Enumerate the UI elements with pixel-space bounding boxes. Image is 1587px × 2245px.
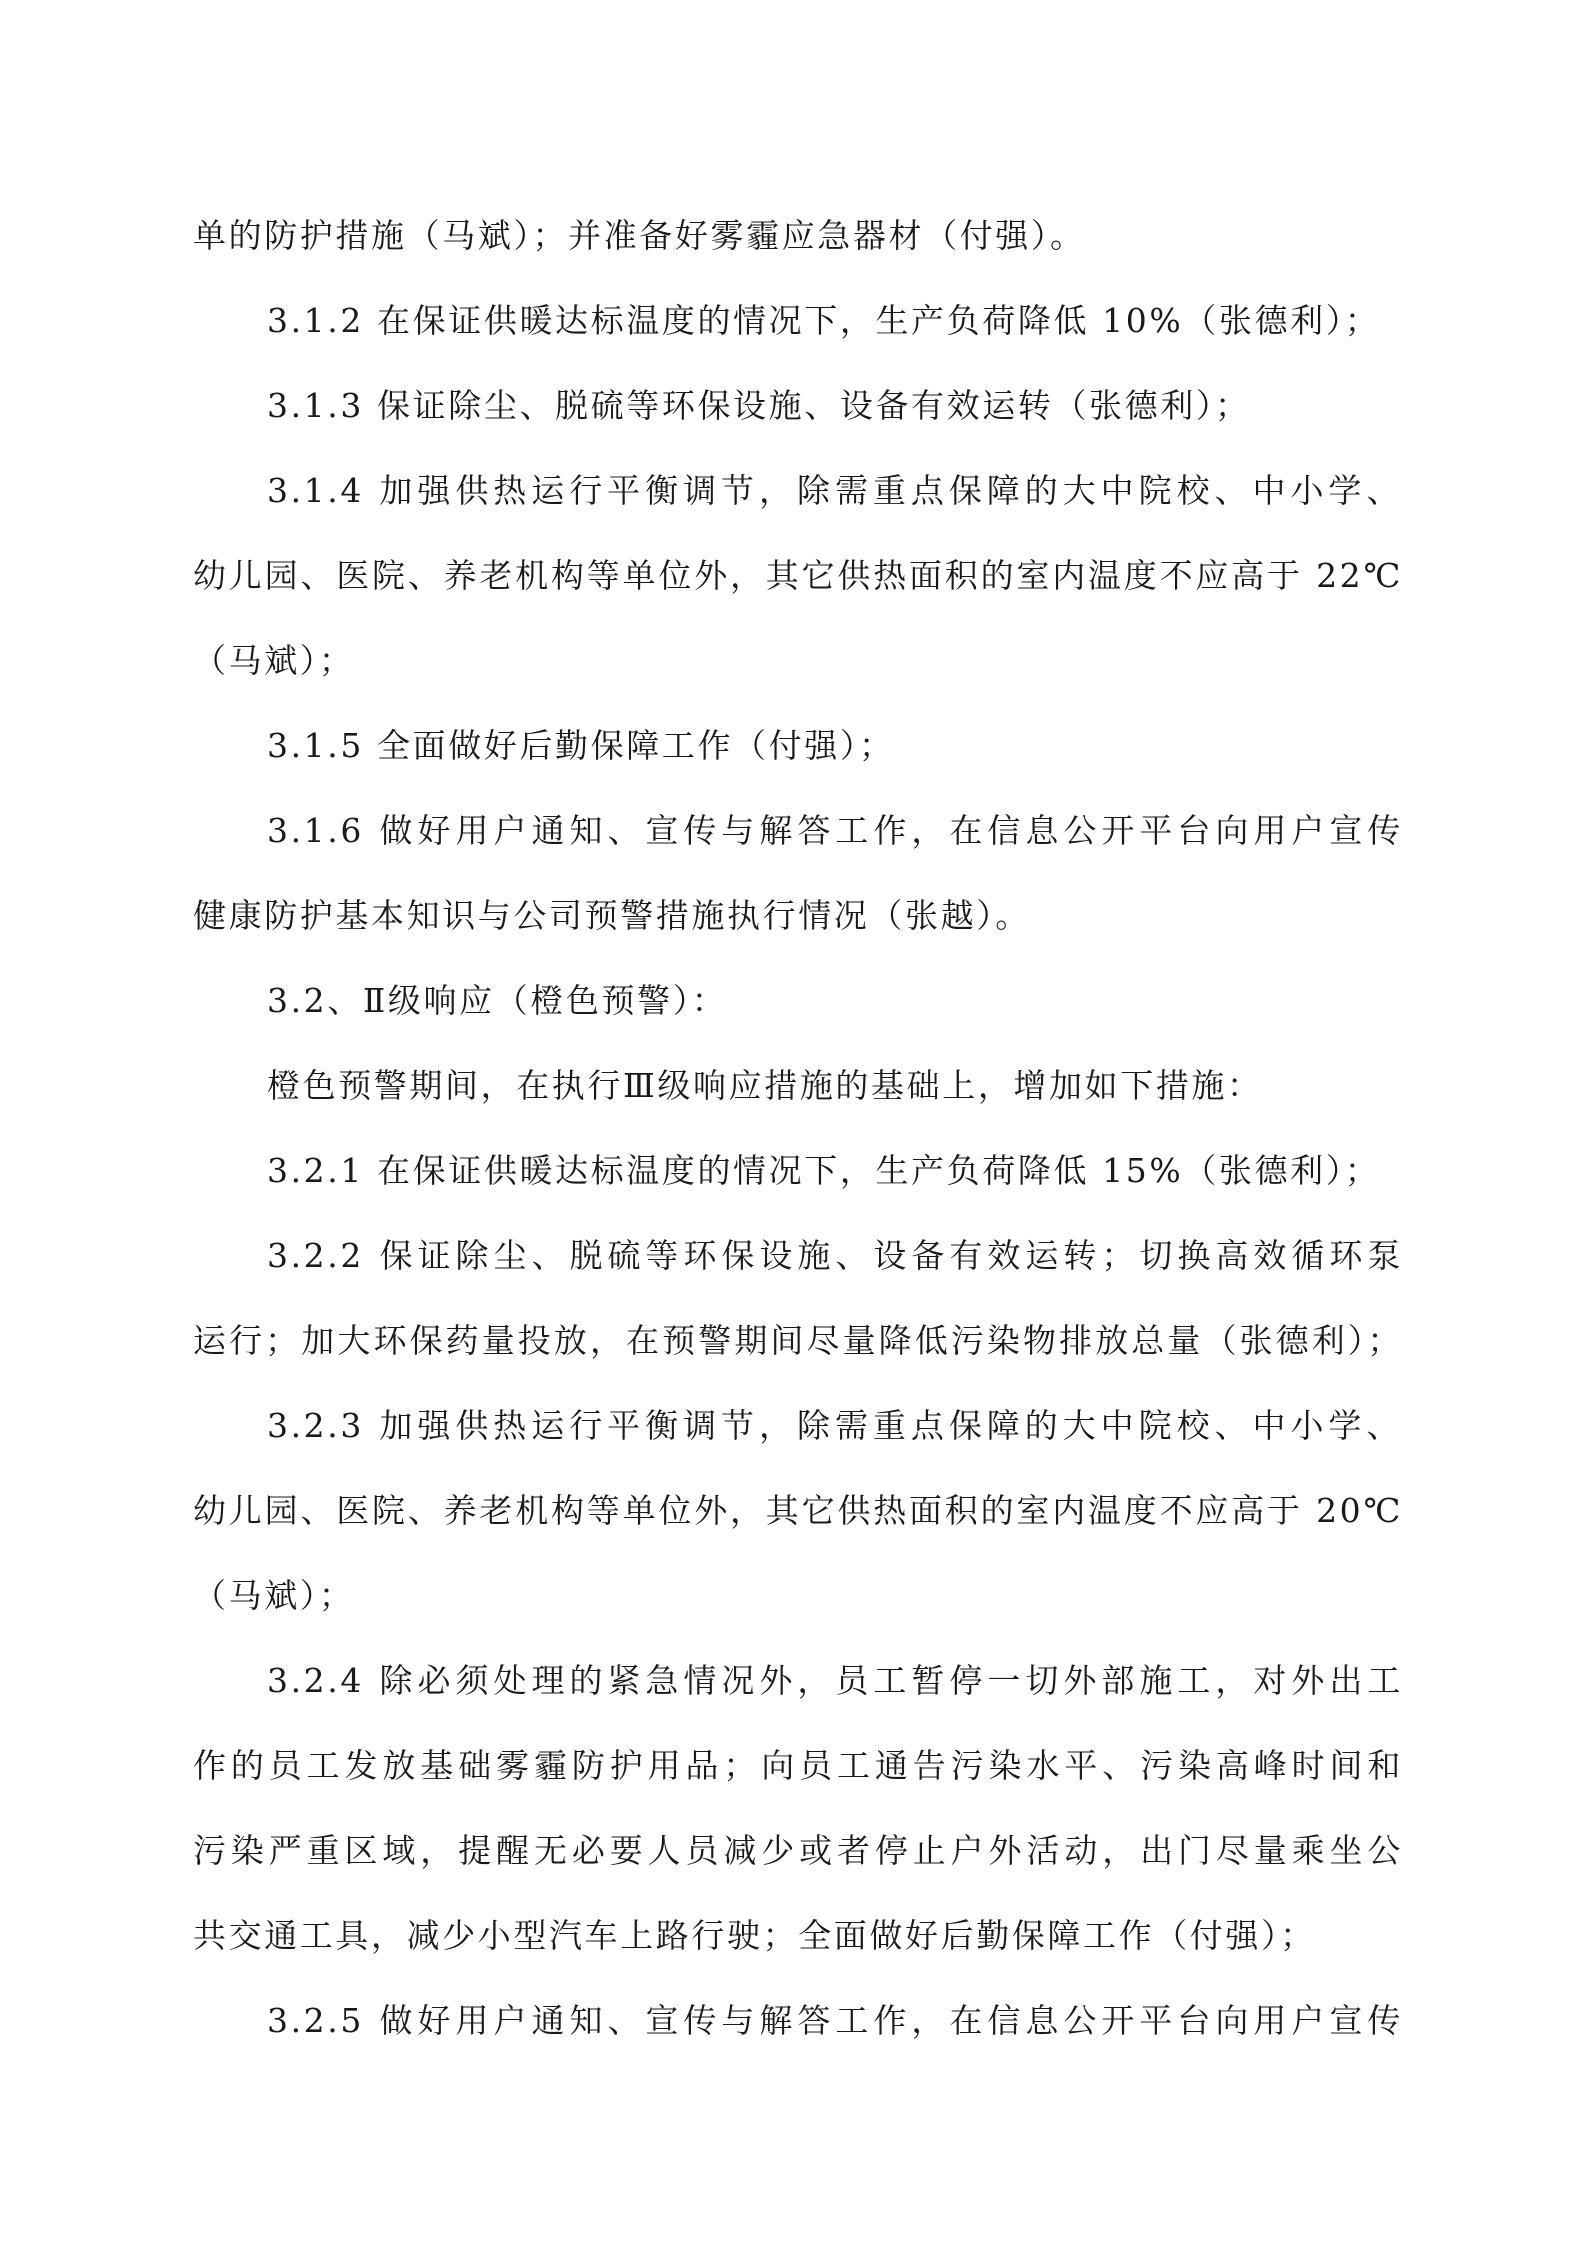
text-line: 3.1.3 保证除尘、脱硫等环保设施、设备有效运转（张德利）； bbox=[267, 376, 1477, 436]
text-line: 共交通工具，减少小型汽车上路行驶；全面做好后勤保障工作（付强）； bbox=[193, 1906, 1403, 1966]
text-line: 3.2.5 做好用户通知、宣传与解答工作，在信息公开平台向用户宣传 bbox=[267, 1991, 1403, 2051]
text-line: 污染严重区域，提醒无必要人员减少或者停止户外活动，出门尽量乘坐公 bbox=[193, 1821, 1403, 1881]
text-line: 3.1.4 加强供热运行平衡调节，除需重点保障的大中院校、中小学、 bbox=[267, 461, 1402, 521]
text-line: （马斌）； bbox=[193, 1566, 1403, 1626]
text-line: （马斌）； bbox=[193, 631, 1403, 691]
document-page: 单的防护措施（马斌）；并准备好雾霾应急器材（付强）。 3.1.2 在保证供暖达标… bbox=[0, 0, 1587, 2245]
text-line: 运行；加大环保药量投放，在预警期间尽量降低污染物排放总量（张德利）； bbox=[193, 1311, 1403, 1371]
text-line: 健康防护基本知识与公司预警措施执行情况（张越）。 bbox=[193, 886, 1403, 946]
text-line: 3.2.1 在保证供暖达标温度的情况下，生产负荷降低 15%（张德利）； bbox=[267, 1141, 1477, 1201]
text-line: 幼儿园、医院、养老机构等单位外，其它供热面积的室内温度不应高于 20℃ bbox=[193, 1481, 1403, 1541]
text-line: 3.2.4 除必须处理的紧急情况外，员工暂停一切外部施工，对外出工 bbox=[267, 1651, 1403, 1711]
text-line: 3.2.2 保证除尘、脱硫等环保设施、设备有效运转；切换高效循环泵 bbox=[267, 1226, 1403, 1286]
text-line: 3.1.5 全面做好后勤保障工作（付强）； bbox=[267, 716, 1477, 776]
text-line: 单的防护措施（马斌）；并准备好雾霾应急器材（付强）。 bbox=[193, 206, 1403, 266]
text-line: 3.1.6 做好用户通知、宣传与解答工作，在信息公开平台向用户宣传 bbox=[267, 801, 1403, 861]
text-line: 作的员工发放基础雾霾防护用品；向员工通告污染水平、污染高峰时间和 bbox=[193, 1736, 1403, 1796]
text-line: 3.1.2 在保证供暖达标温度的情况下，生产负荷降低 10%（张德利）； bbox=[267, 291, 1477, 351]
text-line: 3.2.3 加强供热运行平衡调节，除需重点保障的大中院校、中小学、 bbox=[267, 1396, 1402, 1456]
text-line: 橙色预警期间，在执行Ⅲ级响应措施的基础上，增加如下措施： bbox=[267, 1056, 1477, 1116]
text-line: 幼儿园、医院、养老机构等单位外，其它供热面积的室内温度不应高于 22℃ bbox=[193, 546, 1403, 606]
section-heading: 3.2、Ⅱ级响应（橙色预警）： bbox=[267, 971, 1477, 1031]
